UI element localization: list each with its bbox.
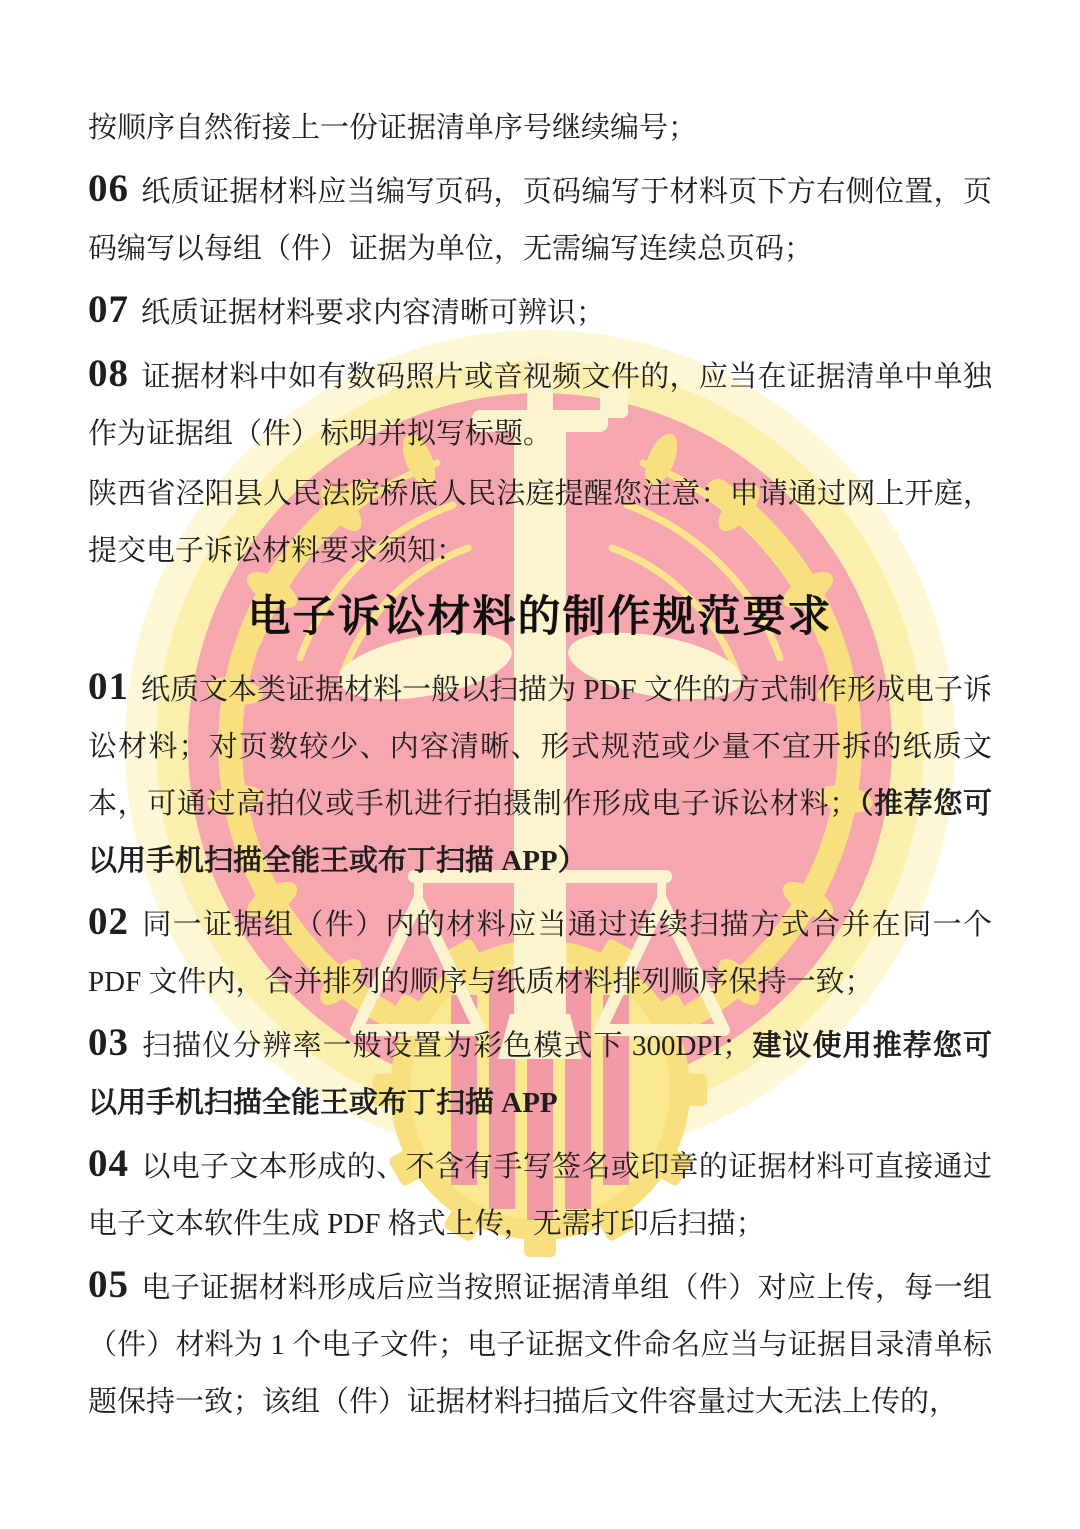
item-number: 03 [88,1021,129,1064]
text-run: 扫描仪分辨率一般设置为彩色模式下 300DPI； [141,1030,751,1062]
paragraph: 07纸质证据材料要求内容清晰可辨识； [88,281,992,342]
paragraph: 04以电子文本形成的、不含有手写签名或印章的证据材料可直接通过电子文本软件生成 … [88,1135,992,1253]
document-page: 按顺序自然衔接上一份证据清单序号继续编号；06纸质证据材料应当编写页码，页码编写… [0,0,1080,1529]
item-number: 07 [88,288,129,331]
text-run: 证据材料中如有数码照片或音视频文件的，应当在证据清单中单独作为证据组（件）标明并… [88,361,992,450]
text-run: 以电子文本形成的、不含有手写签名或印章的证据材料可直接通过电子文本软件生成 PD… [88,1151,992,1240]
item-number: 04 [88,1142,129,1185]
paragraph: 03扫描仪分辨率一般设置为彩色模式下 300DPI；建议使用推荐您可以用手机扫描… [88,1014,992,1132]
text-run: 按顺序自然衔接上一份证据清单序号继续编号； [88,112,697,144]
text-run: 纸质证据材料要求内容清晰可辨识； [141,297,605,329]
paragraph: 01纸质文本类证据材料一般以扫描为 PDF 文件的方式制作形成电子诉讼材料；对页… [88,658,992,890]
item-number: 02 [88,900,129,943]
paragraph: 06纸质证据材料应当编写页码，页码编写于材料页下方右侧位置，页码编写以每组（件）… [88,160,992,278]
paragraph: 08证据材料中如有数码照片或音视频文件的，应当在证据清单中单独作为证据组（件）标… [88,345,992,463]
paragraph: 05电子证据材料形成后应当按照证据清单组（件）对应上传，每一组（件）材料为 1 … [88,1256,992,1431]
paragraph: 02同一证据组（件）内的材料应当通过连续扫描方式合并在同一个 PDF 文件内，合… [88,893,992,1011]
paragraph: 按顺序自然衔接上一份证据清单序号继续编号； [88,100,992,157]
paragraph: 陕西省泾阳县人民法院桥底人民法庭提醒您注意：申请通过网上开庭，提交电子诉讼材料要… [88,466,992,580]
text-run: 纸质证据材料应当编写页码，页码编写于材料页下方右侧位置，页码编写以每组（件）证据… [88,176,992,265]
text-run: 同一证据组（件）内的材料应当通过连续扫描方式合并在同一个 PDF 文件内，合并排… [88,909,992,998]
item-number: 06 [88,167,129,210]
document-body: 按顺序自然衔接上一份证据清单序号继续编号；06纸质证据材料应当编写页码，页码编写… [0,0,1080,1431]
text-run: 纸质文本类证据材料一般以扫描为 PDF 文件的方式制作形成电子诉讼材料；对页数较… [88,674,992,820]
item-number: 05 [88,1263,129,1306]
text-run: 陕西省泾阳县人民法院桥底人民法庭提醒您注意：申请通过网上开庭，提交电子诉讼材料要… [88,478,992,567]
item-number: 08 [88,352,129,395]
document-title: 电子诉讼材料的制作规范要求 [88,586,992,650]
text-run: 电子证据材料形成后应当按照证据清单组（件）对应上传，每一组（件）材料为 1 个电… [88,1272,992,1418]
item-number: 01 [88,665,129,708]
